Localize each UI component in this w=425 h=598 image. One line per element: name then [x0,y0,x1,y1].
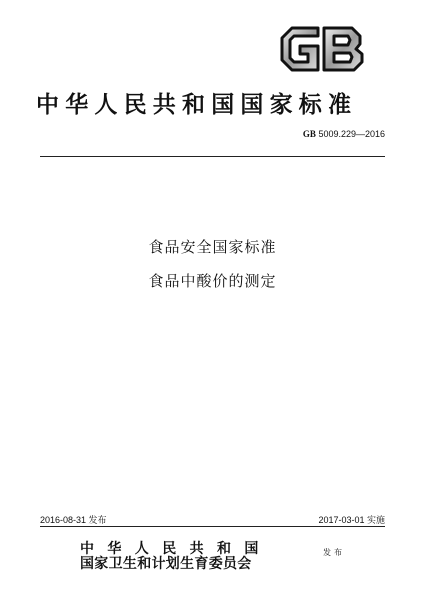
standard-type: 中华人民共和国国家标准 [36,86,388,119]
gb-logo-icon [278,24,366,74]
issuer-line2: 国家卫生和计划生育委员会 [80,553,252,573]
implement-date: 2017-03-01 实施 [318,513,385,526]
divider-top [40,156,385,157]
document-title-line2: 食品中酸价的测定 [0,270,425,291]
issue-date: 2016-08-31 发布 [40,513,107,526]
divider-bottom [40,526,385,527]
standard-number-value: 5009.229—2016 [318,129,385,139]
document-title-line1: 食品安全国家标准 [0,236,425,257]
standard-number: GB 5009.229—2016 [303,129,385,139]
publish-label: 发布 [323,547,345,558]
standard-number-prefix: GB [303,129,316,139]
